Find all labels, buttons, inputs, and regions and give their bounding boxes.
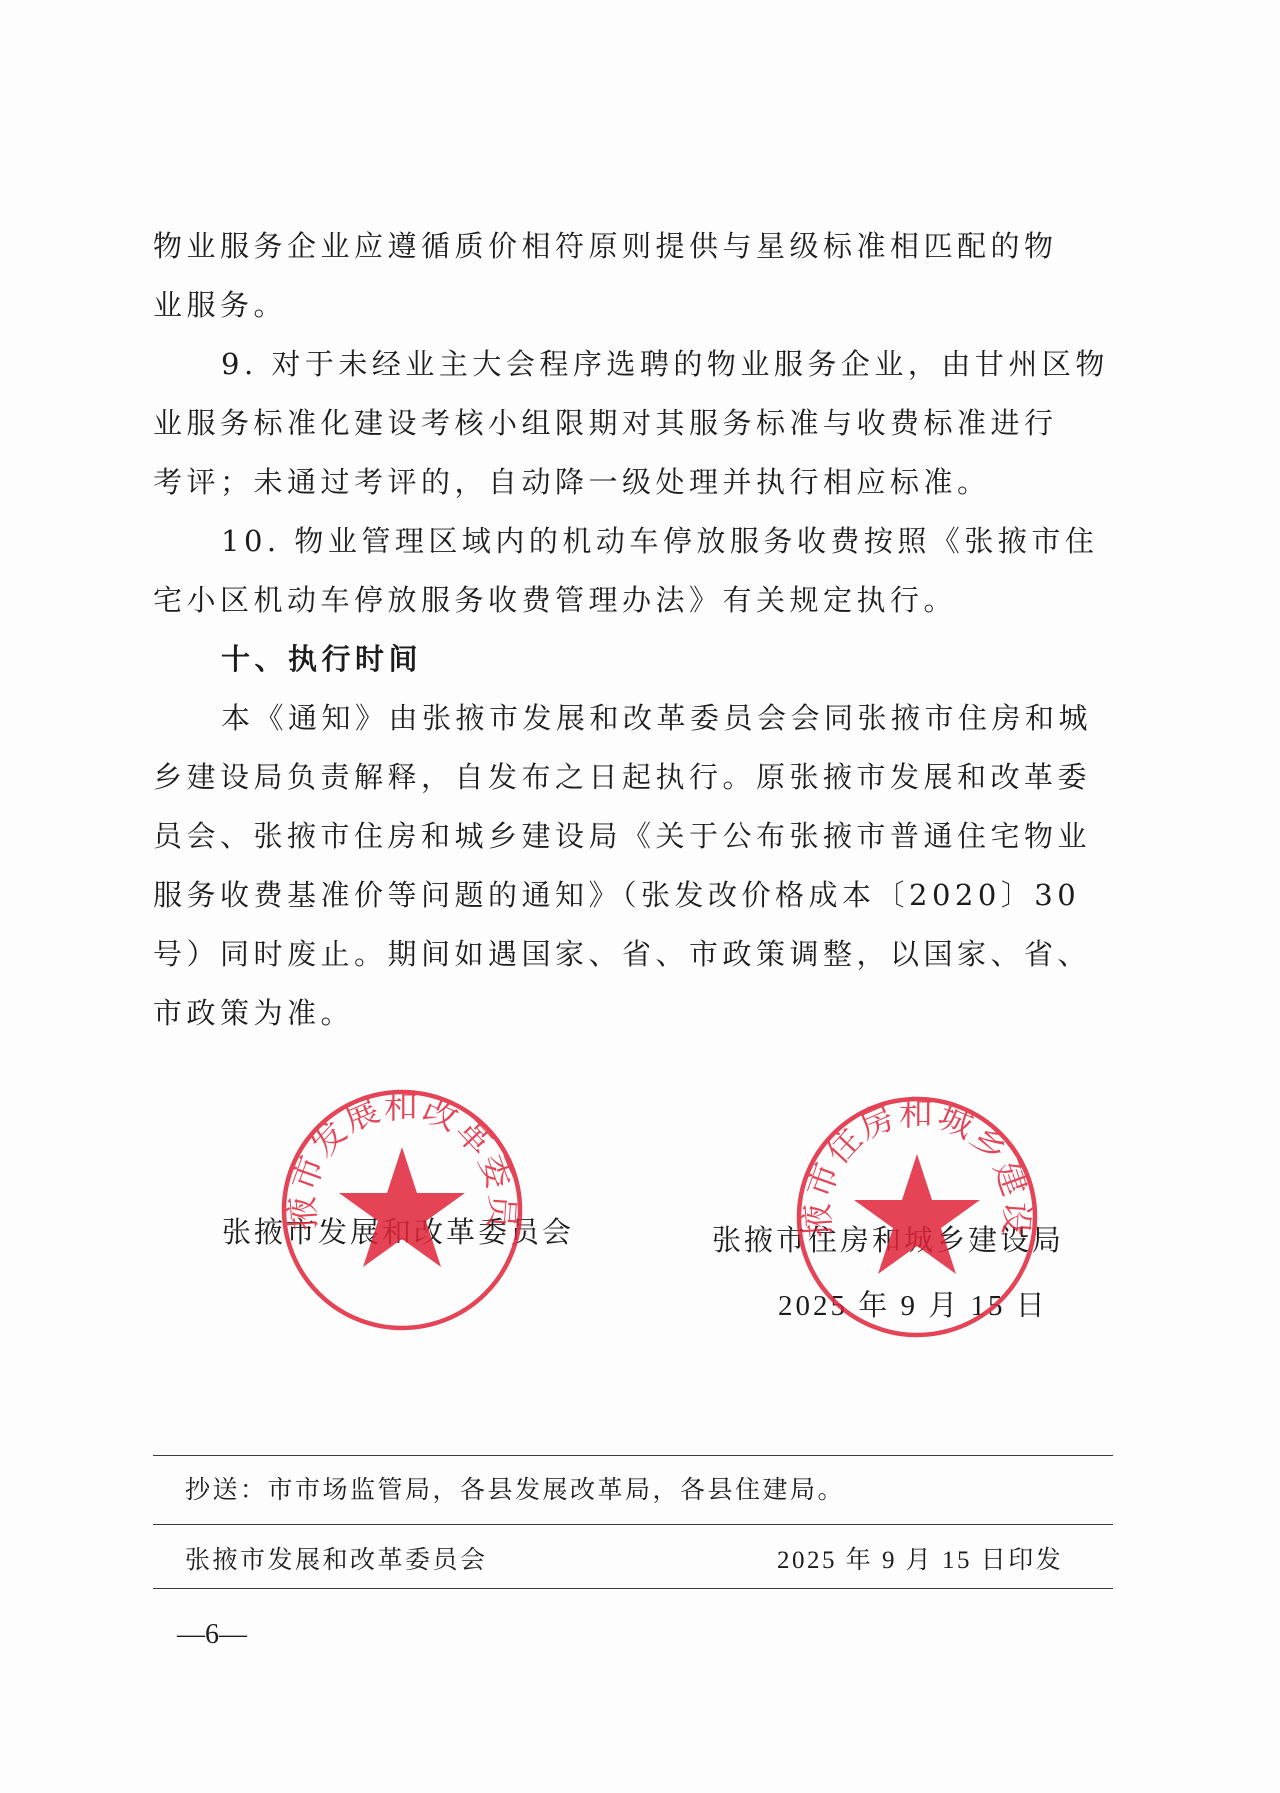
body-line: 考评；未通过考评的，自动降一级处理并执行相应标准。 <box>153 453 1115 512</box>
section-heading: 十、执行时间 <box>153 630 1115 689</box>
footer-rule-middle <box>153 1524 1113 1525</box>
footer-rule-bottom <box>153 1588 1113 1589</box>
body-line: 乡建设局负责解释，自发布之日起执行。原张掖市发展和改革委 <box>153 748 1115 807</box>
item-9-line: 9. 对于未经业主大会程序选聘的物业服务企业，由甘州区物 <box>153 335 1115 394</box>
signature-right-org: 张掖市住房和城乡建设局 <box>712 1218 1064 1259</box>
body-line: 物业服务企业应遵循质价相符原则提供与星级标准相匹配的物 <box>153 217 1115 276</box>
body-line: 员会、张掖市住房和城乡建设局《关于公布张掖市普通住宅物业 <box>153 807 1115 866</box>
seal-right-text: 张掖市住房和城乡建设局 <box>792 1092 1037 1239</box>
body-line: 业服务标准化建设考核小组限期对其服务标准与收费标准进行 <box>153 394 1115 453</box>
page-number: —6— <box>177 1619 247 1651</box>
signature-left-org: 张掖市发展和改革委员会 <box>222 1210 574 1251</box>
item-10-line: 10. 物业管理区域内的机动车停放服务收费按照《张掖市住 <box>153 512 1115 571</box>
issuer: 张掖市发展和改革委员会 <box>185 1540 488 1576</box>
body-line: 业服务。 <box>153 276 1115 335</box>
body-text: 物业服务企业应遵循质价相符原则提供与星级标准相匹配的物 业服务。 9. 对于未经… <box>153 217 1115 1043</box>
footer-rule-top <box>153 1455 1113 1456</box>
document-page: 物业服务企业应遵循质价相符原则提供与星级标准相匹配的物 业服务。 9. 对于未经… <box>0 0 1280 1793</box>
body-line: 市政策为准。 <box>153 984 1115 1043</box>
body-line: 本《通知》由张掖市发展和改革委员会会同张掖市住房和城 <box>153 689 1115 748</box>
body-line: 宅小区机动车停放服务收费管理办法》有关规定执行。 <box>153 571 1115 630</box>
body-line: 号）同时废止。期间如遇国家、省、市政策调整，以国家、省、 <box>153 925 1115 984</box>
body-line: 服务收费基准价等问题的通知》（张发改价格成本〔2020〕30 <box>153 866 1115 925</box>
cc-recipients: 市市场监管局，各县发展改革局，各县住建局。 <box>268 1475 846 1504</box>
cc-line: 抄送：市市场监管局，各县发展改革局，各县住建局。 <box>185 1470 845 1506</box>
signature-date: 2025 年 9 月 15 日 <box>778 1283 1048 1324</box>
cc-label: 抄送： <box>185 1475 268 1504</box>
svg-text:张掖市住房和城乡建设局: 张掖市住房和城乡建设局 <box>792 1092 1037 1239</box>
issue-date: 2025 年 9 月 15 日印发 <box>777 1540 1063 1576</box>
